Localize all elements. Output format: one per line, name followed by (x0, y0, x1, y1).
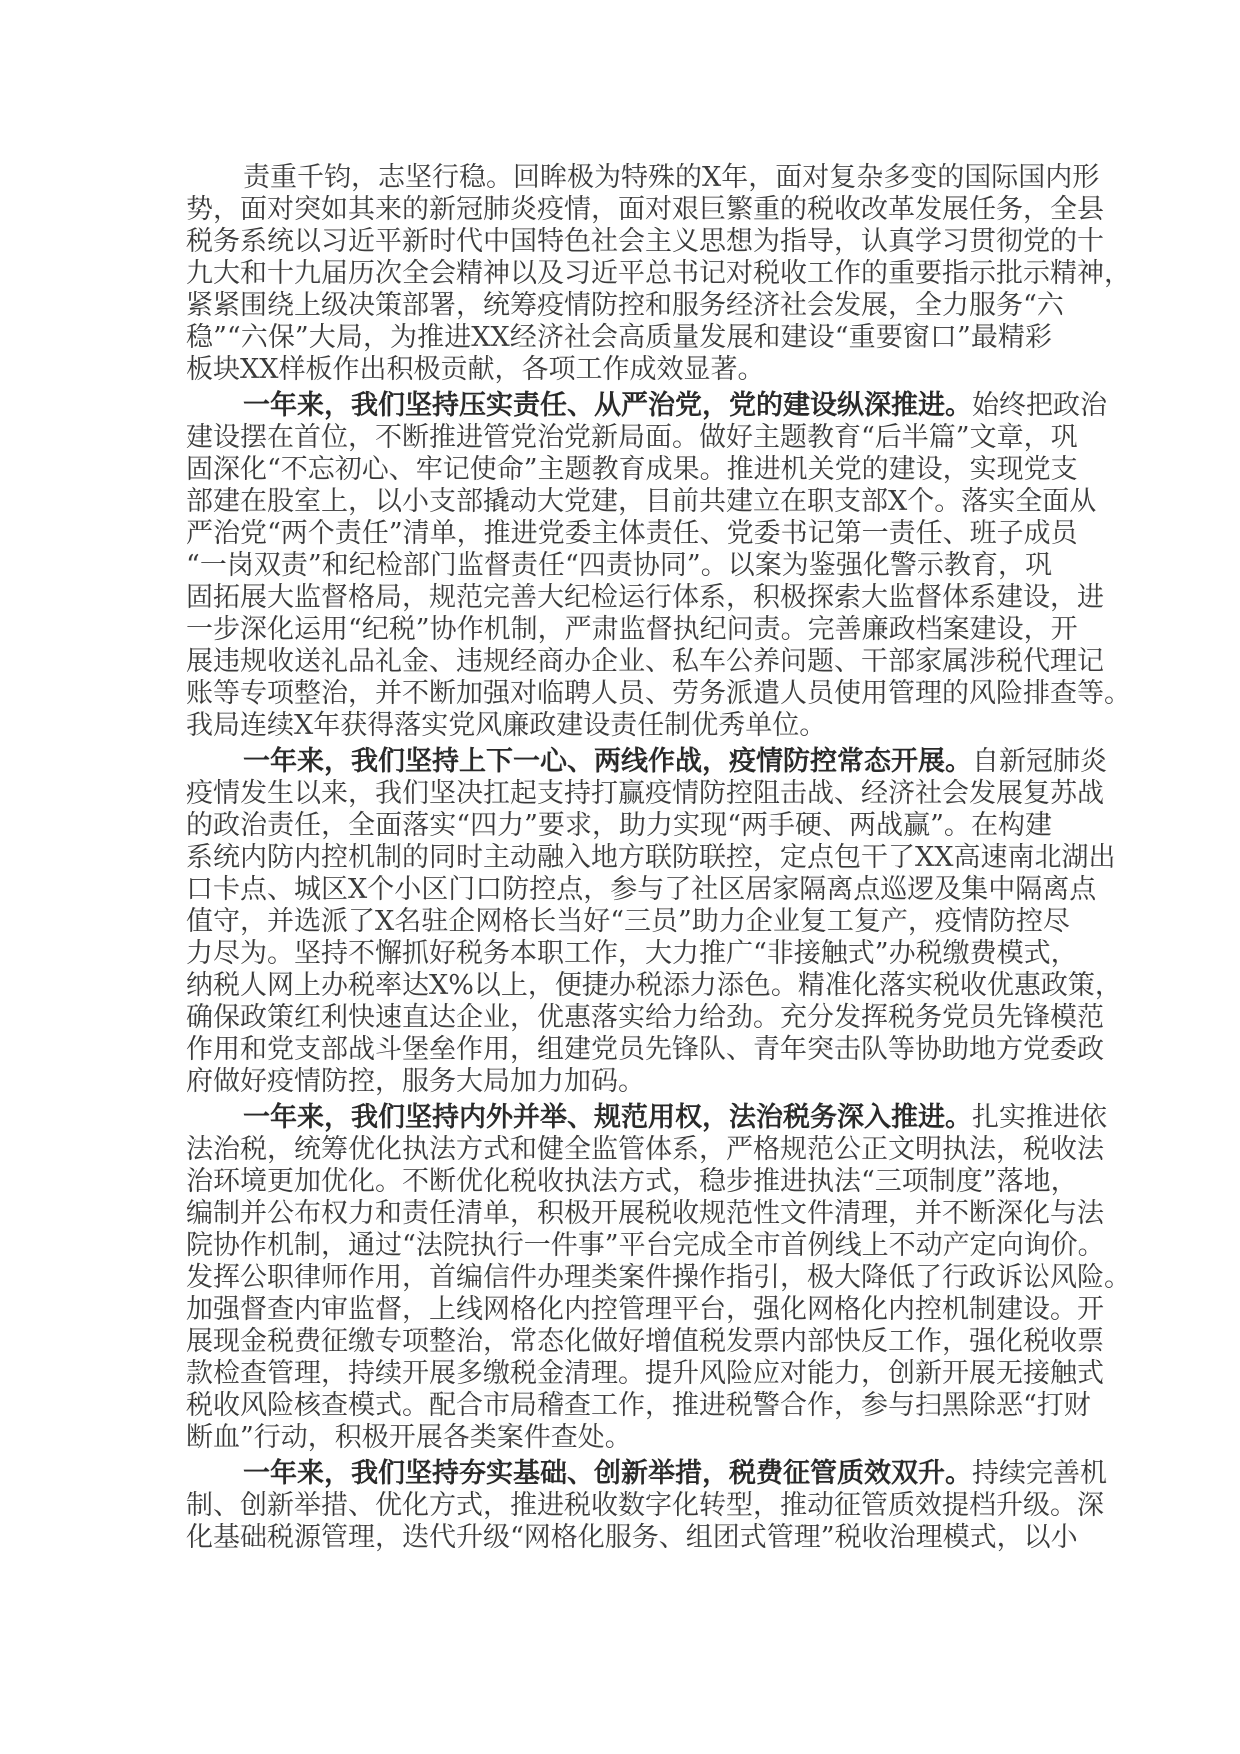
text-line: 加强督查内审监督，上线网格化内控管理平台，强化网格化内控机制建设。开 (186, 1294, 1052, 1326)
text-line: 治环境更加优化。不断优化税收执法方式，稳步推进执法“三项制度”落地， (186, 1166, 1052, 1198)
text-line: 制、创新举措、优化方式，推进税收数字化转型，推动征管质效提档升级。深 (186, 1490, 1052, 1522)
text-line: 一年来，我们坚持上下一心、两线作战，疫情防控常态开展。自新冠肺炎 (186, 746, 1052, 778)
paragraph-lead-heading: 一年来，我们坚持上下一心、两线作战，疫情防控常态开展。 (243, 746, 972, 777)
text-line: 编制并公布权力和责任清单，积极开展税收规范性文件清理，并不断深化与法 (186, 1198, 1052, 1230)
text-line: 展违规收送礼品礼金、违规经商办企业、私车公养问题、干部家属涉税代理记 (186, 646, 1052, 678)
text-line: 一年来，我们坚持压实责任、从严治党，党的建设纵深推进。始终把政治 (186, 390, 1052, 422)
text-line: 纳税人网上办税率达X%以上，便捷办税添力添色。精准化落实税收优惠政策， (186, 970, 1052, 1002)
paragraph-lead-heading: 一年来，我们坚持内外并举、规范用权，法治税务深入推进。 (243, 1102, 972, 1133)
paragraph-lead-heading: 一年来，我们坚持夯实基础、创新举措，税费征管质效双升。 (243, 1458, 972, 1489)
text-line: 化基础税源管理，迭代升级“网格化服务、组团式管理”税收治理模式，以小 (186, 1522, 1052, 1554)
text-line: 建设摆在首位，不断推进管党治党新局面。做好主题教育“后半篇”文章，巩 (186, 422, 1052, 454)
text-line: 九大和十九届历次全会精神以及习近平总书记对税收工作的重要指示批示精神， (186, 258, 1052, 290)
text-line: 税务系统以习近平新时代中国特色社会主义思想为指导，认真学习贯彻党的十 (186, 226, 1052, 258)
paragraph-intro: 责重千钧，志坚行稳。回眸极为特殊的X年，面对复杂多变的国际国内形 势，面对突如其… (186, 162, 1052, 386)
text-line: 稳”“六保”大局，为推进XX经济社会高质量发展和建设“重要窗口”最精彩 (186, 322, 1052, 354)
text-line: 部建在股室上，以小支部撬动大党建，目前共建立在职支部X个。落实全面从 (186, 486, 1052, 518)
text-line: 院协作机制，通过“法院执行一件事”平台完成全市首例线上不动产定向询价。 (186, 1230, 1052, 1262)
text-line: 势，面对突如其来的新冠肺炎疫情，面对艰巨繁重的税收改革发展任务，全县 (186, 194, 1052, 226)
text-line: 税收风险核查模式。配合市局稽查工作，推进税警合作，参与扫黑除恶“打财 (186, 1390, 1052, 1422)
text-line: 发挥公职律师作用，首编信件办理类案件操作指引，极大降低了行政诉讼风险。 (186, 1262, 1052, 1294)
text-line: 法治税，统筹优化执法方式和健全监管体系，严格规范公正文明执法，税收法 (186, 1134, 1052, 1166)
text-line: 疫情发生以来，我们坚决扛起支持打赢疫情防控阻击战、经济社会发展复苏战 (186, 778, 1052, 810)
text-line: 府做好疫情防控，服务大局加力加码。 (186, 1066, 1052, 1098)
paragraph-party-building: 一年来，我们坚持压实责任、从严治党，党的建设纵深推进。始终把政治 建设摆在首位，… (186, 390, 1052, 742)
text-line: 确保政策红利快速直达企业，优惠落实给力给劲。充分发挥税务党员先锋模范 (186, 1002, 1052, 1034)
text-line: 紧紧围绕上级决策部署，统筹疫情防控和服务经济社会发展，全力服务“六 (186, 290, 1052, 322)
text-line: 一年来，我们坚持夯实基础、创新举措，税费征管质效双升。持续完善机 (186, 1458, 1052, 1490)
text-line: 展现金税费征缴专项整治，常态化做好增值税发票内部快反工作，强化税收票 (186, 1326, 1052, 1358)
document-page: 责重千钧，志坚行稳。回眸极为特殊的X年，面对复杂多变的国际国内形 势，面对突如其… (186, 162, 1052, 1554)
text-line: 责重千钧，志坚行稳。回眸极为特殊的X年，面对复杂多变的国际国内形 (186, 162, 1052, 194)
text-run: 自新冠肺炎 (972, 746, 1107, 777)
text-line: 的政治责任，全面落实“四力”要求，助力实现“两手硬、两战赢”。在构建 (186, 810, 1052, 842)
text-line: 固拓展大监督格局，规范完善大纪检运行体系，积极探索大监督体系建设，进 (186, 582, 1052, 614)
text-line: 作用和党支部战斗堡垒作用，组建党员先锋队、青年突击队等协助地方党委政 (186, 1034, 1052, 1066)
paragraph-tax-collection: 一年来，我们坚持夯实基础、创新举措，税费征管质效双升。持续完善机 制、创新举措、… (186, 1458, 1052, 1554)
text-run: 扎实推进依 (972, 1102, 1107, 1133)
text-line: 账等专项整治，并不断加强对临聘人员、劳务派遣人员使用管理的风险排查等。 (186, 678, 1052, 710)
text-line: 严治党“两个责任”清单，推进党委主体责任、党委书记第一责任、班子成员 (186, 518, 1052, 550)
text-line: 款检查管理，持续开展多缴税金清理。提升风险应对能力，创新开展无接触式 (186, 1358, 1052, 1390)
text-line: 口卡点、城区X个小区门口防控点，参与了社区居家隔离点巡逻及集中隔离点 (186, 874, 1052, 906)
text-line: 力尽为。坚持不懈抓好税务本职工作，大力推广“非接触式”办税缴费模式， (186, 938, 1052, 970)
text-line: 一年来，我们坚持内外并举、规范用权，法治税务深入推进。扎实推进依 (186, 1102, 1052, 1134)
text-line: 板块XX样板作出积极贡献，各项工作成效显著。 (186, 354, 1052, 386)
text-line: 我局连续X年获得落实党风廉政建设责任制优秀单位。 (186, 710, 1052, 742)
paragraph-rule-of-law: 一年来，我们坚持内外并举、规范用权，法治税务深入推进。扎实推进依 法治税，统筹优… (186, 1102, 1052, 1454)
text-run: 始终把政治 (972, 390, 1107, 421)
text-line: 固深化“不忘初心、牢记使命”主题教育成果。推进机关党的建设，实现党支 (186, 454, 1052, 486)
text-line: “一岗双责”和纪检部门监督责任“四责协同”。以案为鉴强化警示教育，巩 (186, 550, 1052, 582)
text-line: 值守，并选派了X名驻企网格长当好“三员”助力企业复工复产，疫情防控尽 (186, 906, 1052, 938)
text-line: 一步深化运用“纪税”协作机制，严肃监督执纪问责。完善廉政档案建设，开 (186, 614, 1052, 646)
paragraph-lead-heading: 一年来，我们坚持压实责任、从严治党，党的建设纵深推进。 (243, 390, 972, 421)
text-line: 系统内防内控机制的同时主动融入地方联防联控，定点包干了XX高速南北湖出 (186, 842, 1052, 874)
text-run: 持续完善机 (972, 1458, 1107, 1489)
text-line: 断血”行动，积极开展各类案件查处。 (186, 1422, 1052, 1454)
paragraph-epidemic-control: 一年来，我们坚持上下一心、两线作战，疫情防控常态开展。自新冠肺炎 疫情发生以来，… (186, 746, 1052, 1098)
